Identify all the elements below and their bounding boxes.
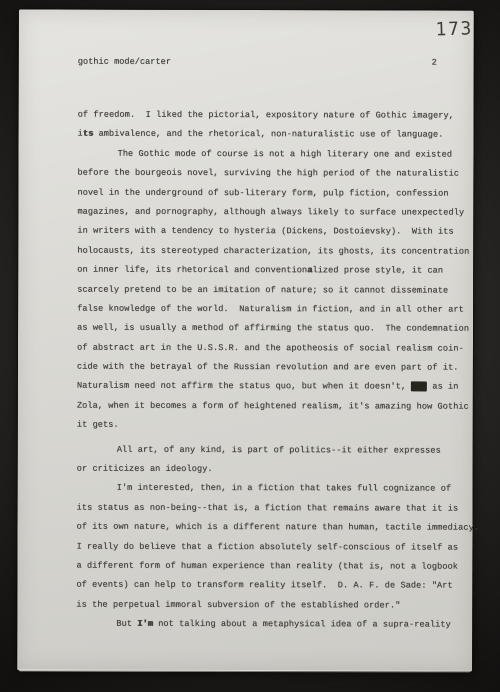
typed-line: Zola, when it becomes a form of heighten… [77, 396, 481, 416]
manuscript-page: 173 gothic mode/carter 2 of freedom. I l… [17, 9, 474, 671]
typed-page-number: 2 [432, 56, 437, 68]
running-head: gothic mode/carter [78, 56, 171, 68]
typed-line: holocausts, its stereotyped characteriza… [77, 241, 481, 261]
typed-line: of its own nature, which is a different … [76, 518, 480, 538]
page-header: gothic mode/carter 2 [19, 55, 474, 68]
handwritten-page-number: 173 [435, 18, 473, 41]
typed-line: of freedom. I liked the pictorial, expos… [78, 106, 482, 126]
typed-line: Naturalism need not affirm the status qu… [77, 377, 481, 397]
typed-line: I really do believe that a fiction absol… [76, 537, 480, 557]
typed-line: on inner life, its rhetorical and conven… [77, 261, 481, 281]
struck-out-word: xxx [411, 382, 427, 392]
typed-line: before the bourgeois novel, surviving th… [77, 164, 481, 184]
typed-line: it gets. [77, 416, 481, 436]
typed-line: its ambivalence, and the rhetorical, non… [78, 125, 482, 145]
typed-line: of events) can help to transform reality… [76, 576, 480, 596]
typed-line: its status as non-being--that is, a fict… [77, 498, 481, 518]
photo-background: 173 gothic mode/carter 2 of freedom. I l… [0, 0, 500, 692]
typed-line: All art, of any kind, is part of politic… [77, 440, 481, 460]
typed-line: magazines, and pornography, although alw… [77, 203, 481, 223]
typed-line: in writers with a tendency to hysteria (… [77, 222, 481, 242]
typed-line: or criticizes an ideology. [77, 460, 481, 480]
typed-line: as well, is usually a method of affirmin… [77, 319, 481, 339]
typed-line: I'm interested, then, in a fiction that … [77, 479, 481, 499]
typed-line: But I'm not talking about a metaphysical… [76, 615, 480, 635]
typed-line: The Gothic mode of course is not a high … [77, 144, 481, 164]
typed-line: is the perpetual immoral subversion of t… [76, 595, 480, 615]
typed-line: cide with the betrayal of the Russian re… [77, 358, 481, 378]
overtyped-text: I'm [137, 619, 153, 629]
typed-line: a different form of human experience tha… [76, 557, 480, 577]
typed-line: false knowledge of the world. Naturalism… [77, 299, 481, 319]
typed-line: of abstract art in the U.S.S.R. and the … [77, 338, 481, 358]
overtyped-text: ts [83, 129, 93, 139]
typed-line: novel in the underground of sub-literary… [77, 183, 481, 203]
typed-lines: of freedom. I liked the pictorial, expos… [76, 106, 481, 636]
typed-line: scarcely pretend to be an imitation of n… [77, 280, 481, 300]
